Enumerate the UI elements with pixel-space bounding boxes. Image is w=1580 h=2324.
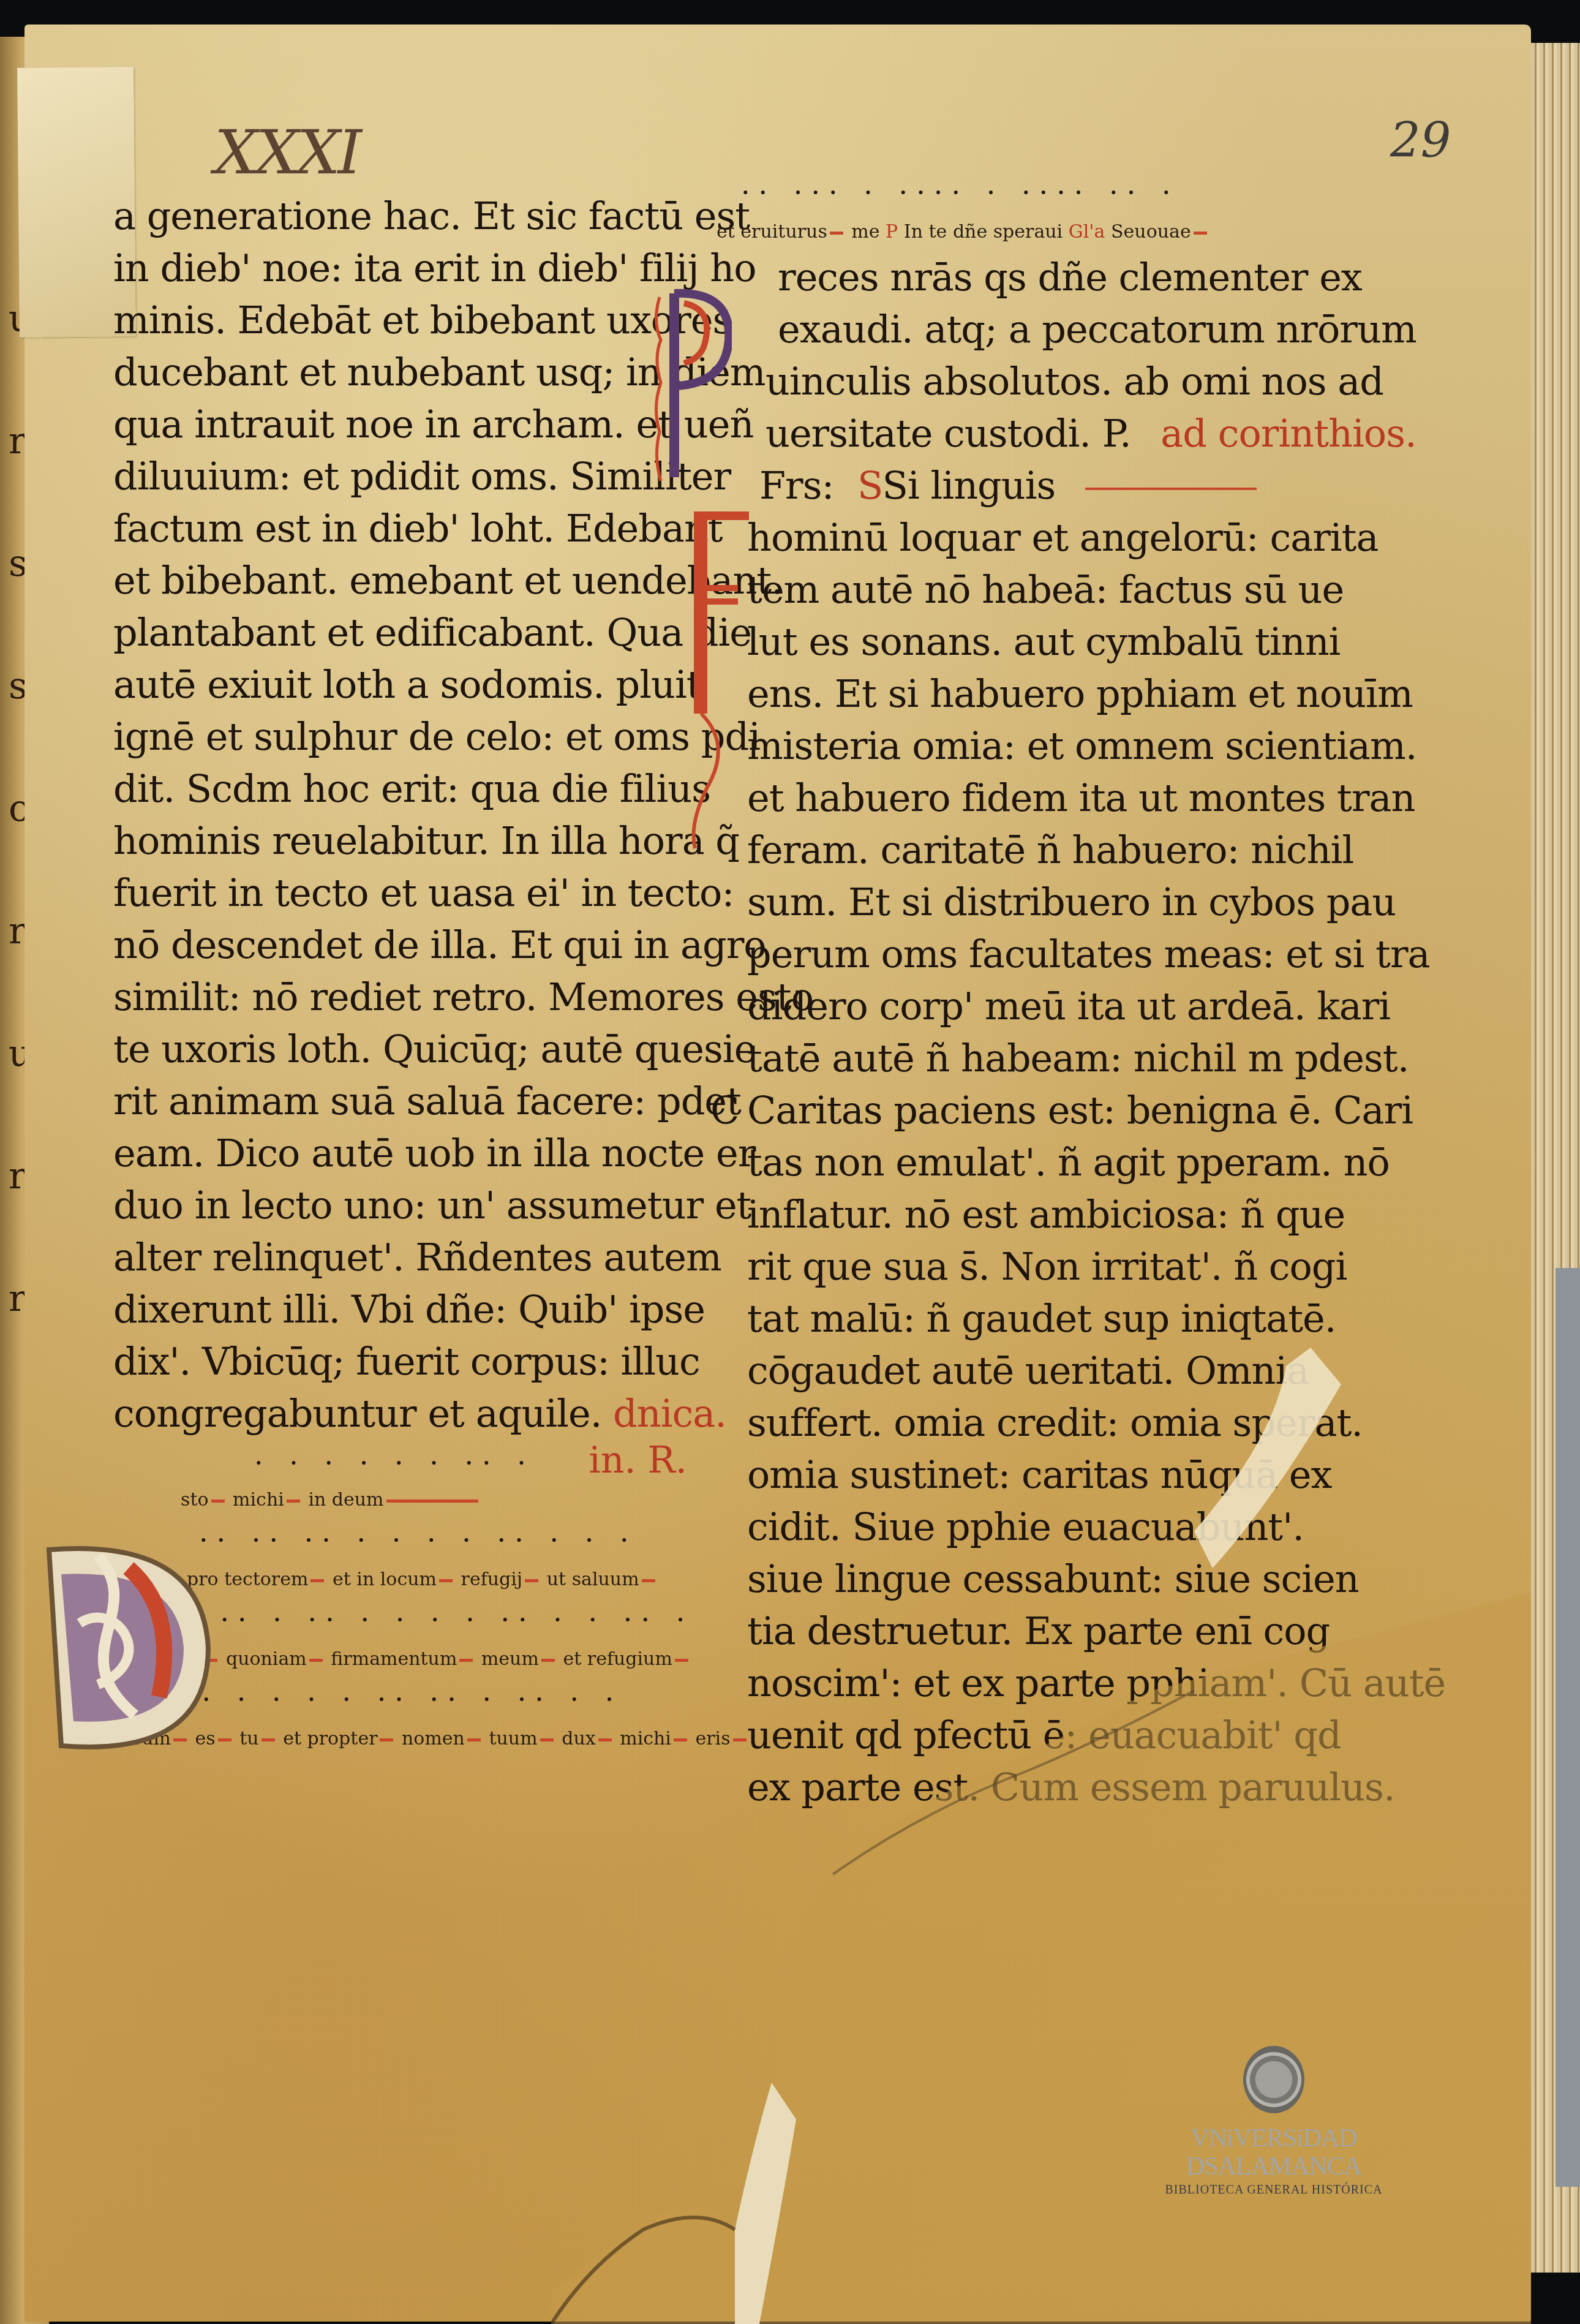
watermark-line-3: BIBLIOTECA GENERAL HISTÓRICA xyxy=(1139,2183,1409,2197)
library-watermark: VNiVERSiDAD DSALAMANCA BIBLIOTECA GENERA… xyxy=(1139,2046,1409,2197)
chant-text-line: et eruiturus me P In te dñe speraui Gl'a… xyxy=(704,213,1243,251)
text-line: dit. Scdm hoc erit: qua die filius xyxy=(113,763,615,815)
text-line: a generatione hac. Et sic factū est xyxy=(113,190,615,242)
text-line: alter relinquet'. Rñdentes autem xyxy=(113,1231,615,1283)
folio-number: 29 xyxy=(1390,113,1451,168)
rubric-line xyxy=(1085,488,1257,490)
text-line: in dieb' noe: ita erit in dieb' filij ho xyxy=(113,242,615,294)
epistle-line: et habuero fidem ita ut montes tran xyxy=(704,772,1243,824)
text-line: plantabant et edificabant. Qua die xyxy=(113,606,615,658)
epistle-head: Frs: SSi linguis xyxy=(704,459,1243,511)
epistle-line: rit que sua s̄. Non irritat'. ñ cogi xyxy=(704,1240,1243,1292)
backing-board xyxy=(1556,1268,1580,2187)
neume-line: · · · · · · ·· · in. R. xyxy=(113,1439,615,1481)
text-line: qua intrauit noe in archam. et ueñ xyxy=(113,398,615,450)
text-line: congregabuntur et aquile. dnica. xyxy=(113,1387,615,1439)
decorated-initial-D-icon xyxy=(24,1513,227,1770)
initial-P-icon xyxy=(652,285,732,487)
text-line: diluuium: et pdidit oms. Similiter xyxy=(113,450,615,502)
text-line: minis. Edebāt et bibebant uxores xyxy=(113,294,615,346)
quire-mark: XXXI xyxy=(214,116,359,188)
margin-mark: C xyxy=(710,1084,747,1136)
stacked-leaf-edges xyxy=(1531,43,1580,2273)
watermark-line-2: DSALAMANCA xyxy=(1139,2152,1409,2181)
rubric-ad-corinthios: ad corinthios. xyxy=(1161,411,1416,456)
epistle-line: ens. Et si habuero pphiam et nouīm xyxy=(704,668,1243,720)
epistle-line: inflatur. nō est ambiciosa: ñ que xyxy=(704,1188,1243,1240)
university-seal-icon xyxy=(1243,2046,1304,2113)
text-line: dixerunt illi. Vbi dñe: Quib' ipse xyxy=(113,1283,615,1335)
epistle-line: tem autē nō habeā: factus sū ue xyxy=(704,564,1243,616)
collect-line: uinculis absolutos. ab omi nos ad xyxy=(704,355,1243,407)
epistle-line: perum oms facultates meas: et si tra xyxy=(704,928,1243,980)
epistle-line: misteria omia: et omnem scientiam. xyxy=(704,720,1243,772)
text-line: et bibebant. emebant et uendebant. xyxy=(113,554,615,606)
collect-line: reces nrās qs dñe clementer ex xyxy=(704,251,1243,303)
text-line-content: congregabuntur et aquile. xyxy=(113,1391,601,1436)
text-line: autē exiuit loth a sodomis. pluit xyxy=(113,658,615,711)
text-line: eam. Dico autē uob in illa nocte er xyxy=(113,1127,615,1179)
text-line: factum est in dieb' loht. Edebant xyxy=(113,502,615,554)
epistle-line: lut es sonans. aut cymbalū tinni xyxy=(704,616,1243,668)
text-line: fuerit in tecto et uasa ei' in tecto: xyxy=(113,867,615,919)
text-line: te uxoris loth. Quicūq; autē quesie xyxy=(113,1023,615,1075)
collect-line: exaudi. atq; a peccatorum nrōrum xyxy=(704,303,1243,355)
collect-line: uersitate custodi. P. ad corinthios. xyxy=(704,407,1243,459)
text-line: dix'. Vbicūq; fuerit corpus: illuc xyxy=(113,1335,615,1387)
epistle-line: sum. Et si distribuero in cybos pau xyxy=(704,876,1243,928)
epistle-line: didero corp' meū ita ut ardeā. kari xyxy=(704,980,1243,1032)
text-line: ducebant et nubebant usq; in diem xyxy=(113,346,615,398)
initial-F-icon xyxy=(677,511,756,855)
text-line: nō descendet de illa. Et qui in agro xyxy=(113,919,615,971)
text-line: similit: nō rediet retro. Memores esto xyxy=(113,971,615,1023)
epistle-line: feram. caritatē ñ habuero: nichil xyxy=(704,824,1243,876)
text-line: duo in lecto uno: un' assumetur et xyxy=(113,1179,615,1231)
watermark-line-1: VNiVERSiDAD xyxy=(1139,2124,1409,2152)
text-line: rit animam suā saluā facere: pdet xyxy=(113,1075,615,1127)
text-line: hominis reuelabitur. In illa hora q̃ xyxy=(113,815,615,867)
epistle-line: hominū loquar et angelorū: carita xyxy=(704,511,1243,564)
epistle-line: tat malū: ñ gaudet sup iniqtatē. xyxy=(704,1292,1243,1345)
epistle-line: CCaritas paciens est: benigna ē. Cari xyxy=(704,1084,1243,1136)
epistle-line: tatē autē ñ habeam: nichil m pdest. xyxy=(704,1032,1243,1084)
neumes: ·· ··· · ···· · ···· ·· · xyxy=(704,172,1243,213)
epistle-line: tas non emulat'. ñ agit pperam. nō xyxy=(704,1136,1243,1188)
neumes: · · · · · · ·· · xyxy=(254,1446,535,1479)
text-line: ignē et sulphur de celo: et oms pdi xyxy=(113,711,615,763)
rubric-S: S xyxy=(857,463,882,508)
